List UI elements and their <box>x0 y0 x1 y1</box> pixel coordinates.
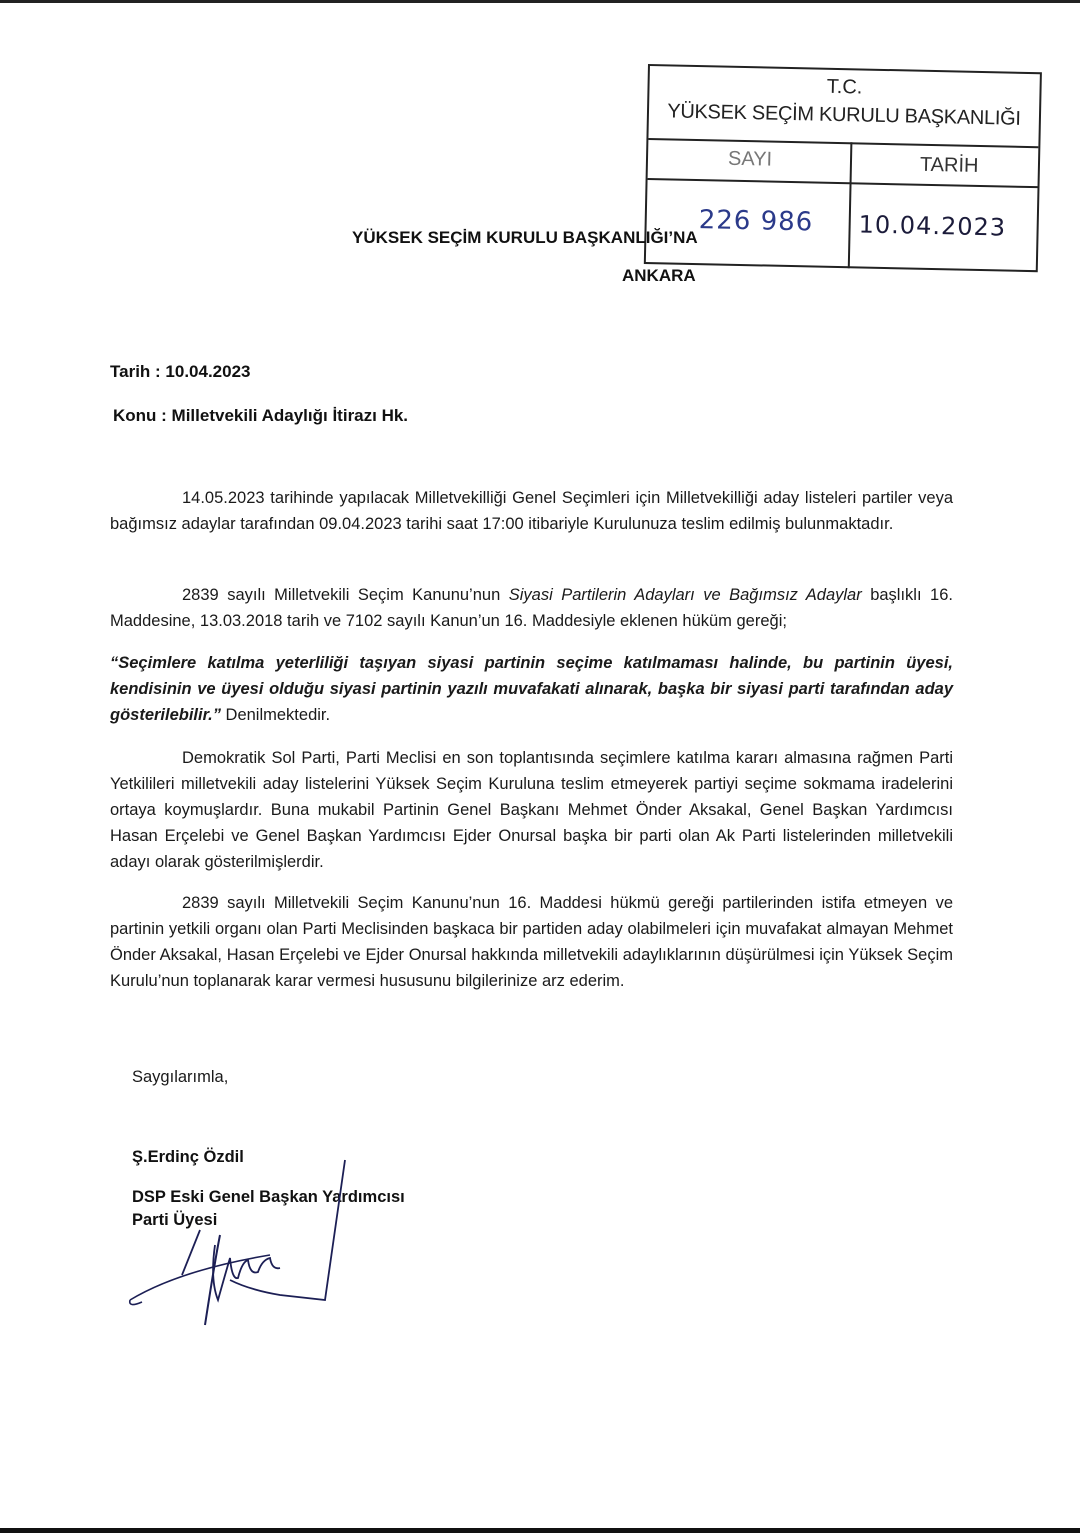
page-bottom-edge <box>0 1528 1080 1533</box>
closing-salutation: Saygılarımla, <box>132 1068 228 1087</box>
stamp-divider <box>648 178 1038 188</box>
body-paragraph-3: Demokratik Sol Parti, Parti Meclisi en s… <box>110 745 953 875</box>
stamp-date-label: TARİH <box>920 154 979 178</box>
page-top-edge <box>0 0 1080 3</box>
body-paragraph-2: 2839 sayılı Milletvekili Seçim Kanunu’nu… <box>110 582 953 634</box>
registry-stamp: T.C. YÜKSEK SEÇİM KURULU BAŞKANLIĞI SAYI… <box>644 64 1042 272</box>
stamp-number-value: 226 986 <box>698 205 813 237</box>
stamp-line-2: YÜKSEK SEÇİM KURULU BAŞKANLIĞI <box>649 100 1039 131</box>
recipient-name: YÜKSEK SEÇİM KURULU BAŞKANLIĞI’NA <box>352 228 698 248</box>
stamp-divider <box>848 142 853 268</box>
handwritten-signature-icon <box>120 1150 380 1340</box>
stamp-date-value: 10.04.2023 <box>858 210 1006 241</box>
recipient-city: ANKARA <box>622 266 696 286</box>
law-quote: “Seçimlere katılma yeterliliği taşıyan s… <box>110 650 953 728</box>
body-paragraph-4: 2839 sayılı Milletvekili Seçim Kanunu’nu… <box>110 890 953 994</box>
stamp-divider <box>648 138 1038 148</box>
stamp-number-label: SAYI <box>728 148 773 172</box>
stamp-line-1: T.C. <box>649 72 1039 103</box>
letter-date: Tarih : 10.04.2023 <box>110 362 251 382</box>
letter-subject: Konu : Milletvekili Adaylığı İtirazı Hk. <box>113 406 408 426</box>
body-paragraph-1: 14.05.2023 tarihinde yapılacak Milletvek… <box>110 485 953 537</box>
